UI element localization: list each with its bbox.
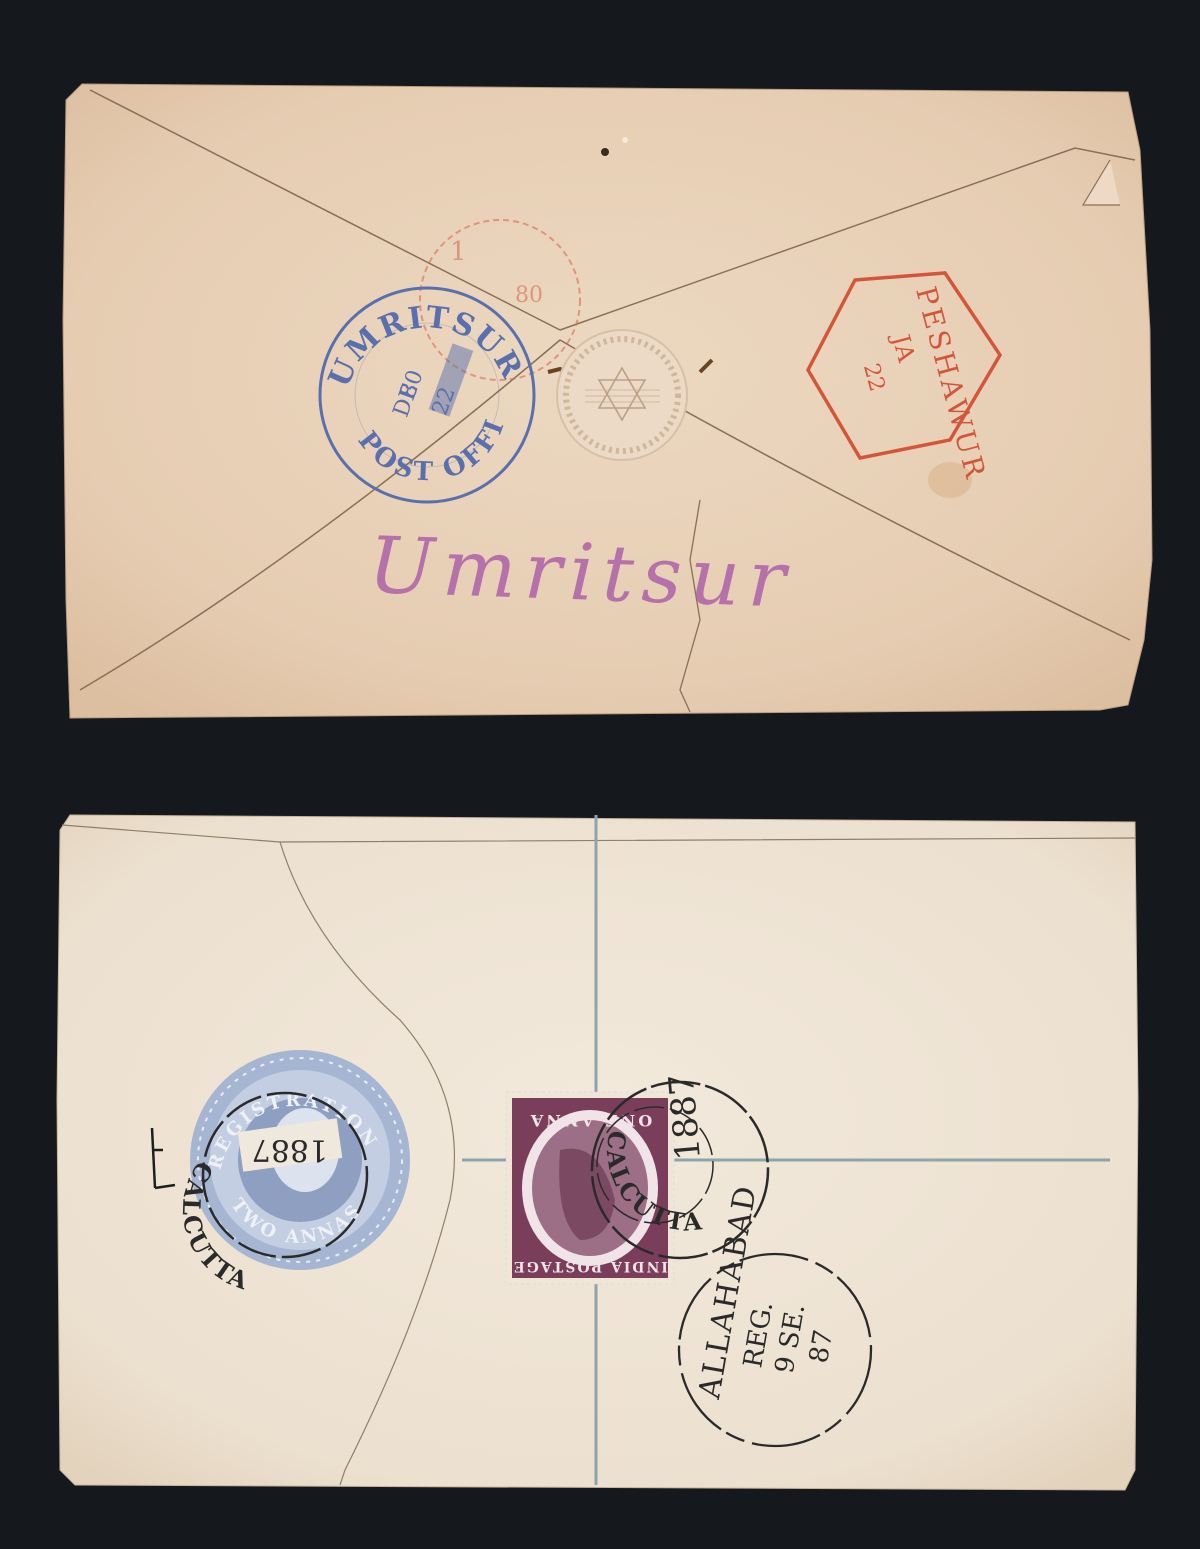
svg-text:ONE ANNA: ONE ANNA [528,1111,652,1130]
svg-text:80: 80 [515,283,543,308]
svg-text:1887: 1887 [662,1072,709,1162]
stamp-one-anna: ONE ANNA INDIA POSTAGE [506,1092,674,1284]
manuscript-umritsur: Umritsur [367,521,795,626]
svg-text:87: 87 [804,1328,839,1366]
svg-text:1887: 1887 [252,1132,328,1167]
embossed-seal [557,330,687,460]
envelope-top: 1 80 UMRITSUR POST OFFICE DE 80 22 [0,0,1152,718]
svg-text:INDIA POSTAGE: INDIA POSTAGE [512,1258,668,1274]
svg-text:1: 1 [450,237,467,267]
stain [622,137,628,143]
stain [601,148,609,156]
envelope-bottom: REGISTRATION TWO ANNAS 1887 CALCUTTA ONE… [57,815,1138,1490]
